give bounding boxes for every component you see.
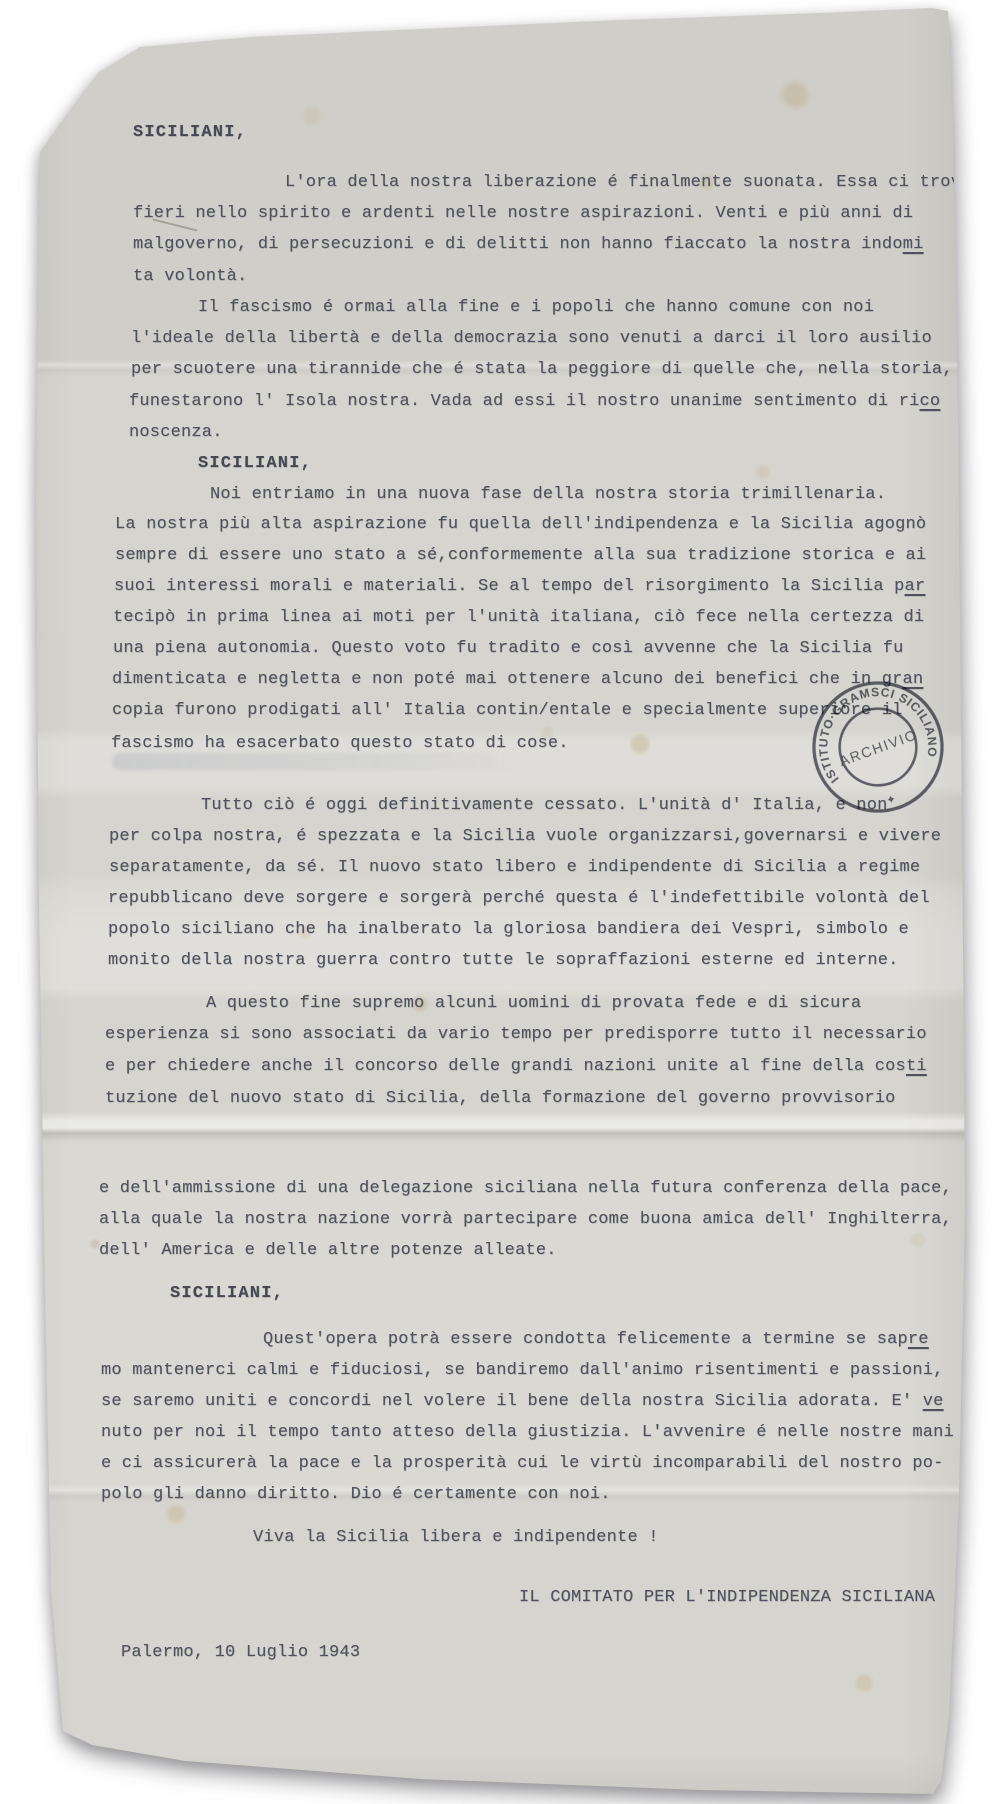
hyphenation-underline: co xyxy=(920,392,941,411)
typewritten-line-salutation: SICILIANI, xyxy=(170,1283,284,1305)
typewritten-line-body: noscenza. xyxy=(129,422,223,444)
paper-shadow-wrapper: SICILIANI,L'ora della nostra liberazione… xyxy=(0,0,1000,1804)
typewritten-line-body: e ci assicurerà la pace e la prosperità … xyxy=(101,1453,944,1475)
stamp-ring-text: ISTITUTO·GRAMSCI SICILIANO xyxy=(803,672,944,787)
typewritten-line-salutation: SICILIANI, xyxy=(133,122,247,144)
typewritten-line-body: polo gli danno diritto. Dio é certamente… xyxy=(101,1484,611,1506)
typewritten-line-salutation: SICILIANI, xyxy=(198,453,312,475)
typewritten-line-body: alla quale la nostra nazione vorrà parte… xyxy=(99,1209,952,1231)
hyphenation-underline: re xyxy=(908,1330,929,1349)
typewritten-line-body: suoi interessi morali e materiali. Se al… xyxy=(114,576,925,598)
typewritten-line-body: nuto per noi il tempo tanto atteso della… xyxy=(101,1422,954,1444)
stamp-center-text: ARCHIVIO xyxy=(837,727,919,770)
typewritten-line-body: L'ora della nostra liberazione é finalme… xyxy=(285,172,972,194)
typewritten-line-body: mo mantenerci calmi e fiduciosi, se band… xyxy=(101,1360,944,1382)
hyphenation-underline: ar xyxy=(905,577,926,596)
letter-paper-sheet: SICILIANI,L'ora della nostra liberazione… xyxy=(0,0,1000,1804)
typewritten-line-body: monito della nostra guerra contro tutte … xyxy=(108,950,899,972)
typewritten-line-body: ta volontà. xyxy=(133,266,247,288)
typewritten-line-body: popolo siciliano che ha inalberato la gl… xyxy=(108,919,909,941)
typewritten-line-body: e dell'ammissione di una delegazione sic… xyxy=(99,1178,952,1200)
typewritten-line-body: separatamente, da sé. Il nuovo stato lib… xyxy=(109,857,920,879)
typewritten-line-signature: IL COMITATO PER L'INDIPENDENZA SICILIANA xyxy=(519,1587,935,1609)
typewritten-line-body: Il fascismo é ormai alla fine e i popoli… xyxy=(198,297,874,319)
typewritten-line-body: tecipò in prima linea ai moti per l'unit… xyxy=(113,607,924,629)
typewritten-line-body: Noi entriamo in una nuova fase della nos… xyxy=(210,484,886,506)
typewritten-line-body: una piena autonomia. Questo voto fu trad… xyxy=(113,638,904,660)
typewritten-line-body: dell' America e delle altre potenze alle… xyxy=(99,1240,557,1262)
stamp-star-icon: ✦ xyxy=(885,793,898,807)
typewritten-line-body: malgoverno, di persecuzioni e di delitti… xyxy=(133,234,924,256)
typewritten-line-body: A questo fine supremo alcuni uomini di p… xyxy=(206,993,861,1015)
typewritten-line-body: esperienza si sono associati da vario te… xyxy=(105,1024,927,1046)
typewritten-line-body: sempre di essere uno stato a sé,conforme… xyxy=(115,545,926,567)
typewritten-line-body: e per chiedere anche il concorso delle g… xyxy=(105,1056,927,1078)
typewritten-text-layer: SICILIANI,L'ora della nostra liberazione… xyxy=(0,0,1000,1804)
typewritten-line-dateline: Palermo, 10 Luglio 1943 xyxy=(121,1642,360,1664)
typewritten-line-body: repubblicano deve sorgere e sorgerà perc… xyxy=(108,888,930,910)
typewritten-line-body: La nostra più alta aspirazione fu quella… xyxy=(115,514,926,536)
typewritten-line-body: tuzione del nuovo stato di Sicilia, dell… xyxy=(105,1088,896,1110)
hyphenation-underline: mi xyxy=(903,235,924,254)
typewritten-line-slogan: Viva la Sicilia libera e indipendente ! xyxy=(253,1527,659,1549)
typewritten-line-body: l'ideale della libertà e della democrazi… xyxy=(131,328,932,350)
scanned-document-photo: SICILIANI,L'ora della nostra liberazione… xyxy=(0,0,1000,1804)
typewritten-line-body: per scuotere una tirannide che é stata l… xyxy=(131,359,953,381)
typewritten-line-body: Quest'opera potrà essere condotta felice… xyxy=(263,1329,929,1351)
typewritten-line-body: fieri nello spirito e ardenti nelle nost… xyxy=(133,203,913,225)
typewritten-line-body: se saremo uniti e concordi nel volere il… xyxy=(101,1391,944,1413)
typewritten-line-body: fascismo ha esacerbato questo stato di c… xyxy=(111,733,569,755)
typewritten-line-body: Tutto ciò é oggi definitivamente cessato… xyxy=(201,795,888,817)
hyphenation-underline: ve xyxy=(923,1392,944,1411)
typewritten-line-body: funestarono l' Isola nostra. Vada ad ess… xyxy=(129,391,940,413)
hyphenation-underline: ti xyxy=(906,1057,927,1076)
